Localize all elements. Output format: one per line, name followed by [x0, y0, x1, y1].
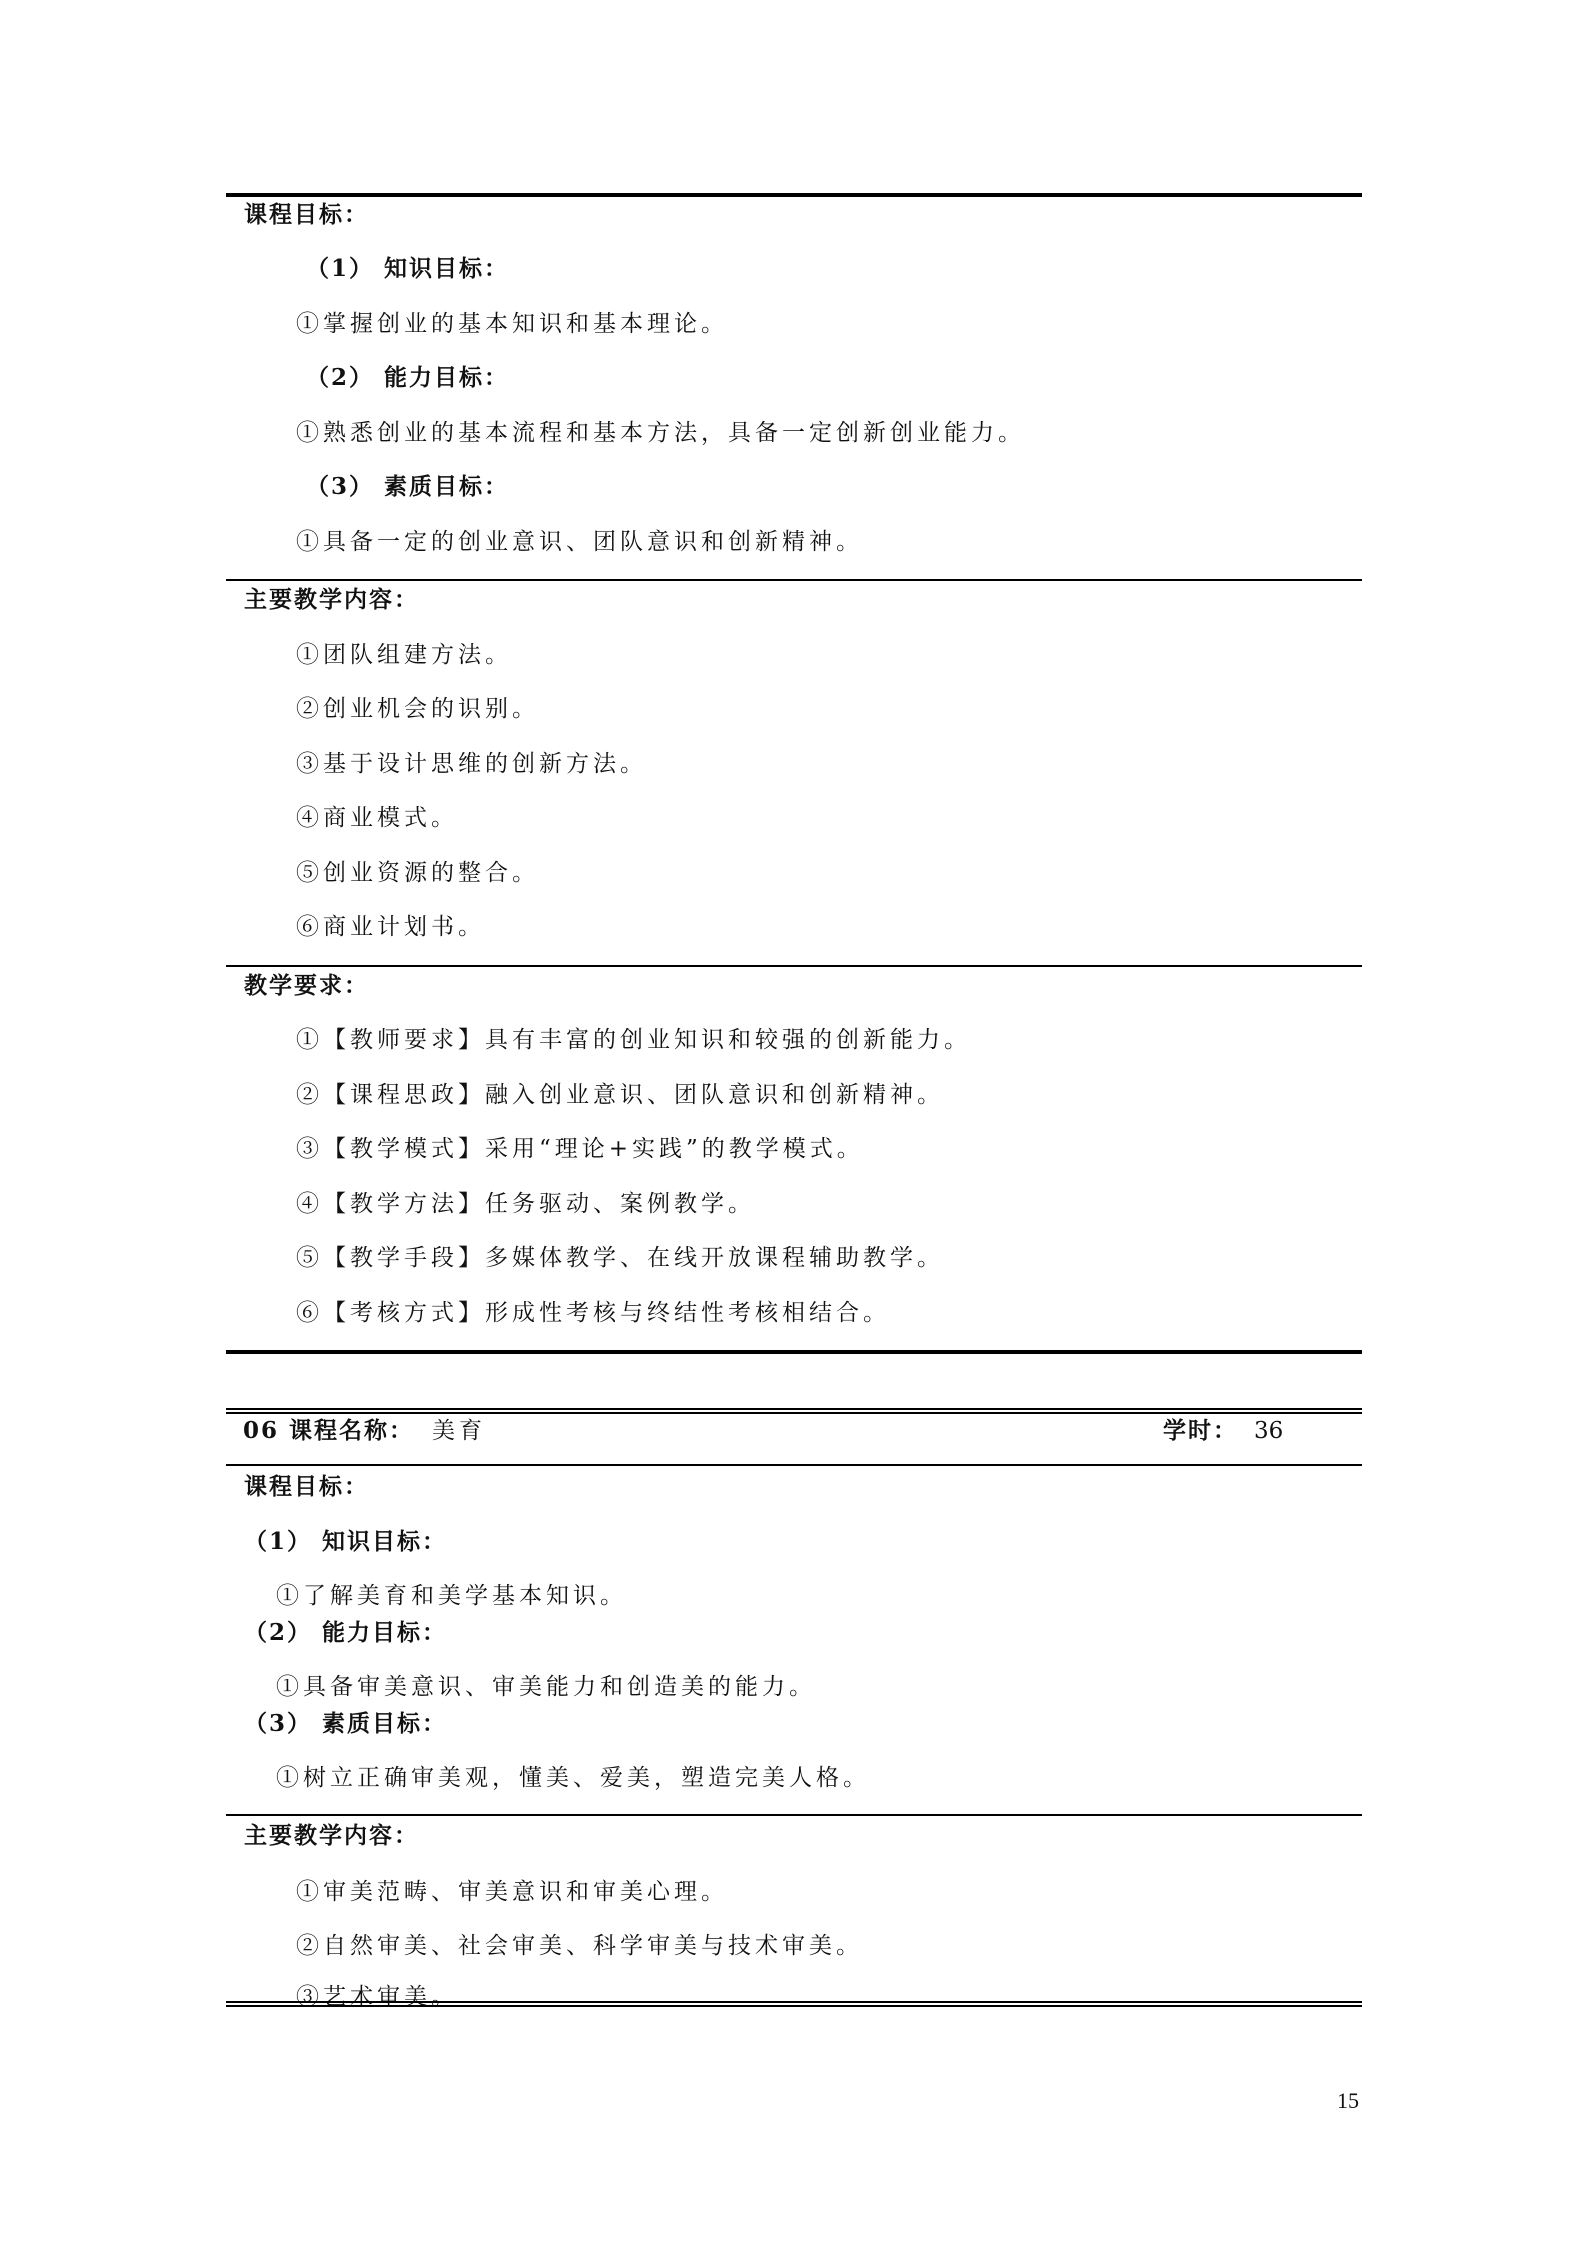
objectives-heading: 课程目标： — [244, 1472, 369, 1502]
content-item: ①审美范畴、审美意识和审美心理。 — [296, 1877, 728, 1907]
ability-objective-label: （2） 能力目标： — [306, 363, 509, 393]
content-item: ③基于设计思维的创新方法。 — [296, 749, 647, 779]
content-heading: 主要教学内容： — [244, 585, 419, 615]
requirement-item: ⑥【考核方式】形成性考核与终结性考核相结合。 — [296, 1298, 890, 1328]
content-heading: 主要教学内容： — [244, 1821, 419, 1851]
header-divider — [226, 1464, 1362, 1466]
hours-label: 学时： — [1163, 1416, 1238, 1446]
requirement-item: ①【教师要求】具有丰富的创业知识和较强的创新能力。 — [296, 1025, 971, 1055]
course-header: 06 课程名称： — [243, 1416, 414, 1446]
table-bottom-double-rule — [226, 2005, 1362, 2007]
requirements-heading: 教学要求： — [244, 971, 369, 1001]
page-number: 15 — [1337, 2088, 1359, 2114]
course-name: 美育 — [432, 1416, 486, 1446]
ability-objective-item: ①熟悉创业的基本流程和基本方法，具备一定创新创业能力。 — [296, 418, 1025, 448]
content-item: ③艺术审美。 — [296, 1982, 458, 2012]
table-top-rule — [226, 193, 1362, 197]
table-bottom-rule — [226, 1350, 1362, 1354]
course-name-label: 课程名称： — [289, 1417, 414, 1444]
knowledge-objective-item: ①了解美育和美学基本知识。 — [276, 1581, 627, 1611]
objectives-heading: 课程目标： — [244, 200, 369, 230]
knowledge-objective-label: （1） 知识目标： — [306, 254, 509, 284]
content-item: ②创业机会的识别。 — [296, 694, 539, 724]
table-bottom-double-rule — [226, 2001, 1362, 2003]
content-item: ②自然审美、社会审美、科学审美与技术审美。 — [296, 1931, 863, 1961]
content-item: ⑤创业资源的整合。 — [296, 858, 539, 888]
table-top-double-rule — [226, 1408, 1362, 1410]
requirement-item: ③【教学模式】采用“理论+实践”的教学模式。 — [296, 1134, 864, 1164]
section-divider — [226, 1814, 1362, 1816]
knowledge-objective-label: （1） 知识目标： — [244, 1527, 447, 1557]
section-divider — [226, 965, 1362, 967]
ability-objective-item: ①具备审美意识、审美能力和创造美的能力。 — [276, 1672, 816, 1702]
quality-objective-label: （3） 素质目标： — [244, 1709, 447, 1739]
content-item: ⑥商业计划书。 — [296, 912, 485, 942]
table-top-double-rule — [226, 1412, 1362, 1414]
course-number: 06 — [243, 1417, 279, 1444]
quality-objective-label: （3） 素质目标： — [306, 472, 509, 502]
content-item: ①团队组建方法。 — [296, 640, 512, 670]
ability-objective-label: （2） 能力目标： — [244, 1618, 447, 1648]
requirement-item: ⑤【教学手段】多媒体教学、在线开放课程辅助教学。 — [296, 1243, 944, 1273]
section-divider — [226, 579, 1362, 581]
content-item: ④商业模式。 — [296, 803, 458, 833]
requirement-item: ②【课程思政】融入创业意识、团队意识和创新精神。 — [296, 1080, 944, 1110]
hours-value: 36 — [1254, 1416, 1283, 1446]
quality-objective-item: ①具备一定的创业意识、团队意识和创新精神。 — [296, 527, 863, 557]
requirement-item: ④【教学方法】任务驱动、案例教学。 — [296, 1189, 755, 1219]
knowledge-objective-item: ①掌握创业的基本知识和基本理论。 — [296, 309, 728, 339]
quality-objective-item: ①树立正确审美观，懂美、爱美，塑造完美人格。 — [276, 1763, 870, 1793]
